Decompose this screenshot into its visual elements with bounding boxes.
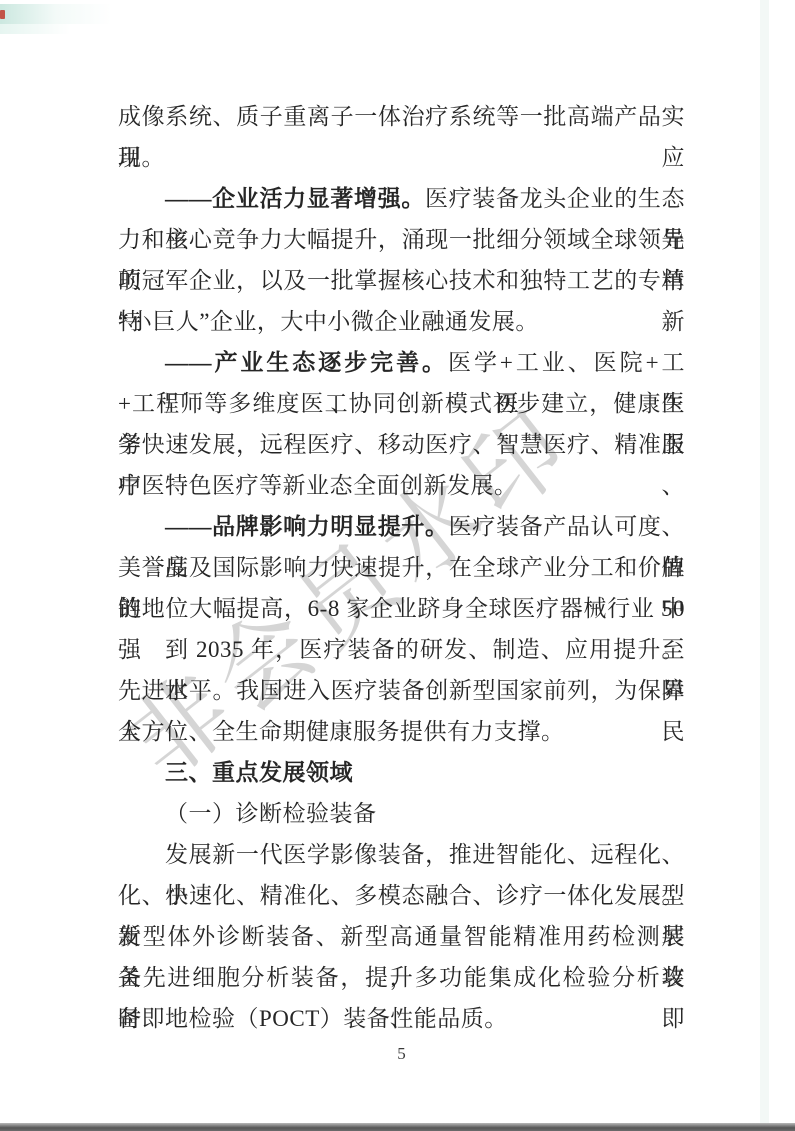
scan-artifact-top-tint <box>0 4 112 24</box>
text-line: 化、快速化、精准化、多模态融合、诊疗一体化发展。发展 <box>118 875 685 916</box>
bold-lead-text: ——品牌影响力明显提升。 <box>165 514 449 539</box>
text-line: +工程师等多维度医工协同创新模式初步建立，健康医学服 <box>118 383 685 424</box>
scan-artifact-right-edge <box>760 0 769 1131</box>
text-line: ——企业活力显著增强。医疗装备龙头企业的生态主导 <box>118 178 685 219</box>
text-line: 发展新一代医学影像装备，推进智能化、远程化、小型 <box>118 834 685 875</box>
scan-artifact-top-tint-2 <box>0 24 70 34</box>
line-text: 成像系统、质子重离子一体治疗系统等一批高端产品实现应 <box>118 104 685 170</box>
text-line: 美誉度及国际影响力快速提升，在全球产业分工和价值链中 <box>118 547 685 588</box>
line-text: （一）诊断检验装备 <box>165 801 377 826</box>
text-line: （一）诊断检验装备 <box>118 793 685 834</box>
line-text: 用。 <box>118 145 165 170</box>
text-line: 务快速发展，远程医疗、移动医疗、智慧医疗、精准医疗、 <box>118 424 685 465</box>
text-line: 成像系统、质子重离子一体治疗系统等一批高端产品实现应 <box>118 96 685 137</box>
text-line: 力和核心竞争力大幅提升，涌现一批细分领域全球领先的单 <box>118 219 685 260</box>
bold-lead-text: ——企业活力显著增强。 <box>165 186 425 211</box>
document-page: 非会员水印 成像系统、质子重离子一体治疗系统等一批高端产品实现应 用。 ——企业… <box>0 0 795 1131</box>
bold-lead-text: ——产业生态逐步完善。 <box>165 350 448 375</box>
line-text: 全方位、全生命期健康服务提供有力支撑。 <box>118 719 565 744</box>
line-text: “小巨人”企业，大中小微企业融通发展。 <box>118 309 539 334</box>
text-line: ——产业生态逐步完善。医学+工业、医院+工厂、医生 <box>118 342 685 383</box>
line-text: 中医特色医疗等新业态全面创新发展。 <box>118 473 518 498</box>
text-line: 新型体外诊断装备、新型高通量智能精准用药检测装备，攻 <box>118 916 685 957</box>
scan-artifact-bottom-edge <box>0 1123 795 1131</box>
text-line: 先进水平。我国进入医疗装备创新型国家前列，为保障人民 <box>118 670 685 711</box>
text-line: 到 2035 年，医疗装备的研发、制造、应用提升至世界 <box>118 629 685 670</box>
scan-artifact-red-mark <box>0 10 5 19</box>
text-line: 三、重点发展领域 <box>118 752 685 793</box>
line-text: 三、重点发展领域 <box>165 759 353 785</box>
text-line: 项冠军企业，以及一批掌握核心技术和独特工艺的专精特新 <box>118 260 685 301</box>
text-column: 成像系统、质子重离子一体治疗系统等一批高端产品实现应 用。 ——企业活力显著增强… <box>118 96 685 1039</box>
line-text: 时即地检验（POCT）装备性能品质。 <box>118 1006 508 1031</box>
text-line: ——品牌影响力明显提升。医疗装备产品认可度、品牌 <box>118 506 685 547</box>
page-number: 5 <box>118 1044 685 1064</box>
text-line: 关先进细胞分析装备，提升多功能集成化检验分析装备、即 <box>118 957 685 998</box>
text-line: 的地位大幅提高，6-8 家企业跻身全球医疗器械行业 50 强。 <box>118 588 685 629</box>
